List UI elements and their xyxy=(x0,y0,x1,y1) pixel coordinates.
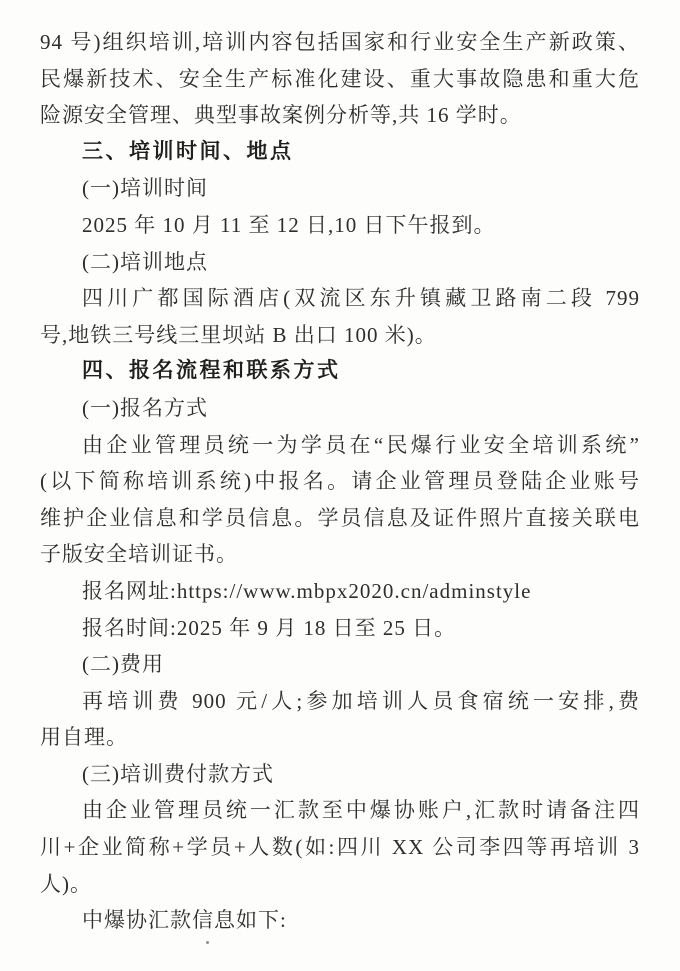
document-page: 94 号)组织培训,培训内容包括国家和行业安全生产新政策、 民爆新技术、安全生产… xyxy=(0,0,680,971)
document-line: 由企业管理员统一汇款至中爆协账户,汇款时请备注四 xyxy=(40,792,640,829)
document-line: 号,地铁三号线三里坝站 B 出口 100 米)。 xyxy=(40,317,640,354)
document-line: 川+企业简称+学员+人数(如:四川 XX 公司李四等再培训 3 xyxy=(40,829,640,866)
document-line: 用自理。 xyxy=(40,719,640,756)
section-heading-training-time: 三、培训时间、地点 xyxy=(40,134,640,171)
registration-url-line: 报名网址:https://www.mbpx2020.cn/adminstyle xyxy=(40,573,640,610)
document-line: 2025 年 10 月 11 至 12 日,10 日下午报到。 xyxy=(40,207,640,244)
subsection-heading-fees: (二)费用 xyxy=(40,646,640,683)
document-line: 由企业管理员统一为学员在“民爆行业安全培训系统” xyxy=(40,427,640,464)
scan-speck xyxy=(206,941,209,944)
subsection-heading-training-place: (二)培训地点 xyxy=(40,244,640,281)
subsection-heading-payment: (三)培训费付款方式 xyxy=(40,756,640,793)
document-line: 人)。 xyxy=(40,866,640,903)
remittance-info-intro-line: 中爆协汇款信息如下: xyxy=(40,902,640,939)
document-line: 子版安全培训证书。 xyxy=(40,536,640,573)
subsection-heading-training-time: (一)培训时间 xyxy=(40,170,640,207)
document-line: 四川广都国际酒店(双流区东升镇藏卫路南二段 799 xyxy=(40,280,640,317)
document-line: 民爆新技术、安全生产标准化建设、重大事故隐患和重大危 xyxy=(40,61,640,98)
subsection-heading-signup-method: (一)报名方式 xyxy=(40,390,640,427)
document-line: (以下简称培训系统)中报名。请企业管理员登陆企业账号 xyxy=(40,463,640,500)
document-line: 94 号)组织培训,培训内容包括国家和行业安全生产新政策、 xyxy=(40,24,640,61)
document-line: 险源安全管理、典型事故案例分析等,共 16 学时。 xyxy=(40,97,640,134)
document-line: 维护企业信息和学员信息。学员信息及证件照片直接关联电 xyxy=(40,500,640,537)
document-line: 再培训费 900 元/人;参加培训人员食宿统一安排,费 xyxy=(40,683,640,720)
registration-time-line: 报名时间:2025 年 9 月 18 日至 25 日。 xyxy=(40,610,640,647)
section-heading-registration: 四、报名流程和联系方式 xyxy=(40,353,640,390)
